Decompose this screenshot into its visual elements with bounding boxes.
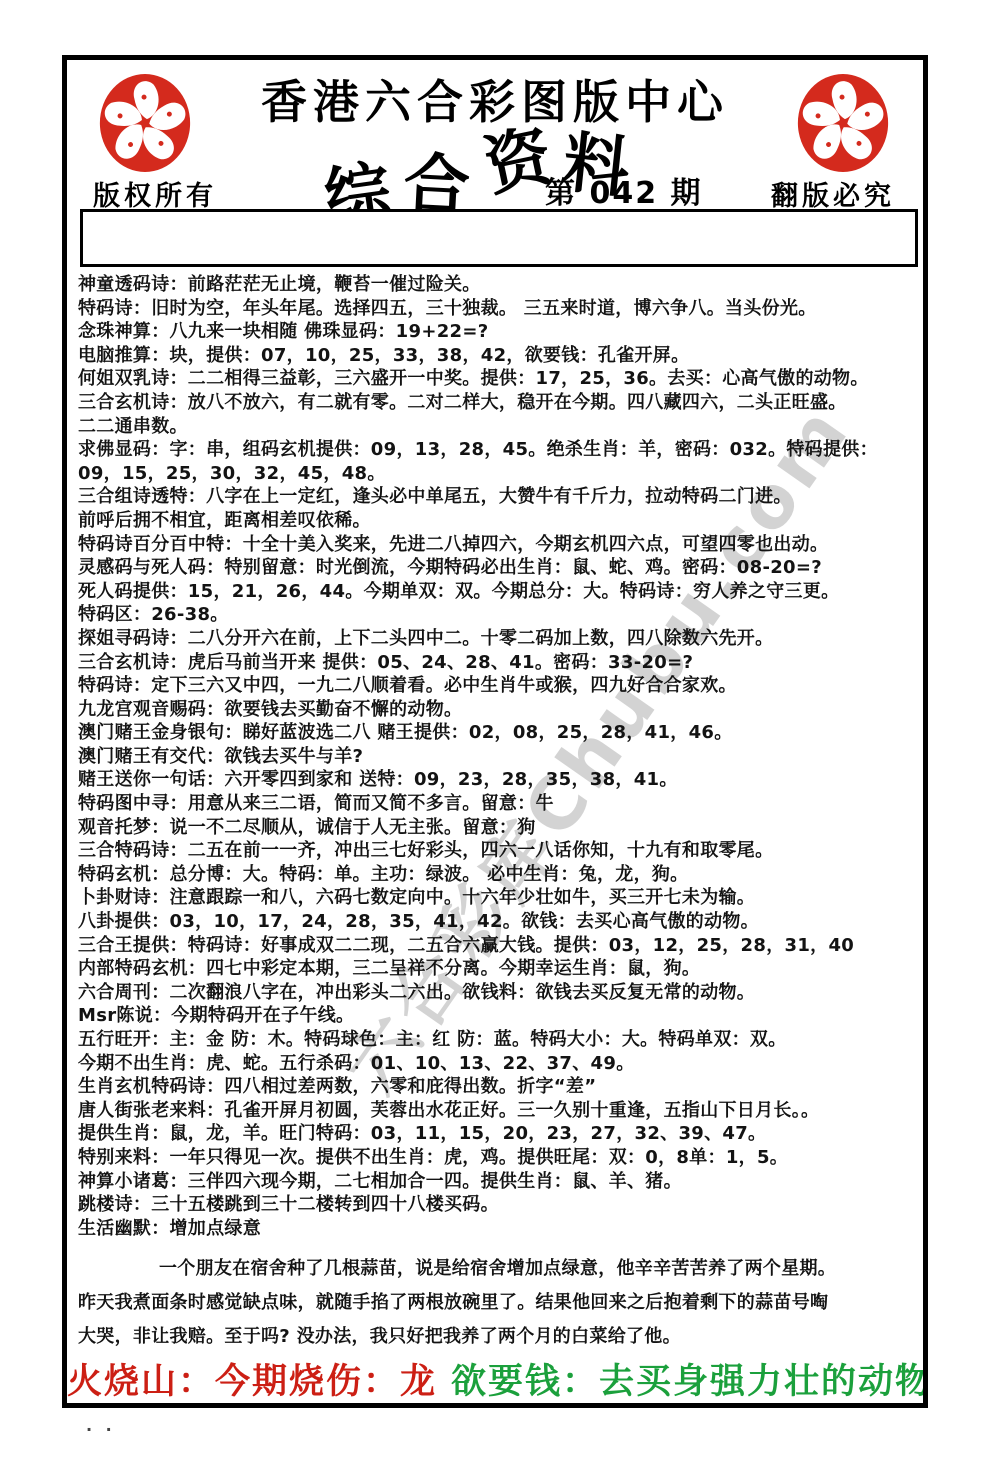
text-line: 三合玄机诗：放八不放六，有二就有零。二对二样大，稳开在今期。四八藏四六，二头正旺… xyxy=(78,391,924,415)
text-line: 二二通串数。 xyxy=(78,415,924,439)
text-line: 卜卦财诗：注意跟踪一和八，六码七数定向中。十六年少壮如牛，买三开七未为输。 xyxy=(78,886,924,910)
page-marks: · · xyxy=(86,1420,116,1439)
text-line: 今期不出生肖：虎、蛇。五行杀码：01、10、13、22、37、49。 xyxy=(78,1052,924,1076)
text-line: 特码诗百分百中特：十全十美入奖来，先进二八掉四六，今期玄机四六点，可望四零也出动… xyxy=(78,533,924,557)
text-line: 何姐双乳诗：二二相得三益彰，三六盛开一中奖。提供：17，25，36。去买：心高气… xyxy=(78,367,924,391)
empty-result-box xyxy=(80,209,918,267)
text-line: 三合特码诗：二五在前一一齐，冲出三七好彩头，四六一八话你知，十九有和取零尾。 xyxy=(78,839,924,863)
footer-highlight-line: 火烧山：今期烧伤：龙欲要钱：去买身强力壮的动物 xyxy=(67,1354,923,1404)
text-line: 电脑推算：块，提供：07，10，25，33，38，42，欲要钱：孔雀开屏。 xyxy=(78,344,924,368)
page-frame: 六合彩库Chubu.com xyxy=(62,55,928,1408)
text-line: 前呼后拥不相宜，距离相差叹依稀。 xyxy=(78,509,924,533)
text-line: 生肖玄机特码诗：四八相过差两数，六零和庇得出数。折字“差” xyxy=(78,1075,924,1099)
footer-green: 欲要钱：去买身强力壮的动物 xyxy=(451,1362,928,1402)
text-line: 特码诗：定下三六又中四，一九二八顺着看。必中生肖牛或猴，四九好合合家欢。 xyxy=(78,674,924,698)
text-line: 特码玄机：总分博：大。特码：单。主功：绿波。 必中生肖：兔，龙，狗。 xyxy=(78,863,924,887)
humor-line: 昨天我煮面条时感觉缺点味，就随手掐了两根放碗里了。结果他回来之后抱着剩下的蒜苗号… xyxy=(78,1286,924,1320)
text-line: 三合王提供：特码诗：好事成双二二现，二五合六赢大钱。提供：03，12，25，28… xyxy=(78,934,924,958)
text-line: 赌王送你一句话：六开零四到家和 送特：09，23，28，35，38，41。 xyxy=(78,768,924,792)
text-line: 灵感码与死人码：特别留意：时光倒流，今期特码必出生肖：鼠、蛇、鸡。密码：08-2… xyxy=(78,556,924,580)
text-line: 九龙宫观音赐码：欲要钱去买勤奋不懈的动物。 xyxy=(78,698,924,722)
text-line: 09，15，25，30，32，45，48。 xyxy=(78,462,924,486)
text-line: 内部特码玄机：四七中彩定本期，三二呈祥不分离。今期幸运生肖：鼠，狗。 xyxy=(78,957,924,981)
text-line: 跳楼诗：三十五楼跳到三十二楼转到四十八楼买码。 xyxy=(78,1193,924,1217)
text-line: 特别来料：一年只得见一次。提供不出生肖：虎，鸡。提供旺尾：双：0，8单：1，5。 xyxy=(78,1146,924,1170)
text-line: 念珠神算：八九来一块相随 佛珠显码：19+22=? xyxy=(78,320,924,344)
text-line: Msr陈说：今期特码开在子午线。 xyxy=(78,1004,924,1028)
text-line: 唐人街张老来料：孔雀开屏月初圆，芙蓉出水花正好。三一久别十重逢，五指山下日月长。… xyxy=(78,1099,924,1123)
page-header: 香港六合彩图版中心 综合资料 第 042 期 版权所有 翻版必究 xyxy=(67,60,923,208)
text-line: 特码区：26-38。 xyxy=(78,603,924,627)
humor-line: 一个朋友在宿舍种了几根蒜苗，说是给宿舍增加点绿意，他辛辛苦苦养了两个星期。 xyxy=(78,1252,924,1286)
text-line: 六合周刊：二次翻浪八字在，冲出彩头二六出。欲钱料：欲钱去买反复无常的动物。 xyxy=(78,981,924,1005)
text-line: 特码图中寻：用意从来三二语，简而又简不多言。留意：牛 xyxy=(78,792,924,816)
text-line: 特码诗：旧时为空，年头年尾。选择四五，三十独裁。 三五来时道，博六争八。当头份光… xyxy=(78,297,924,321)
footer-red: 火烧山：今期烧伤：龙 xyxy=(67,1362,437,1402)
text-line: 澳门赌王金身银句：睇好蓝波选二八 赌王提供：02，08，25，28，41，46。 xyxy=(78,721,924,745)
text-line: 死人码提供：15，21，26，44。今期单双：双。今期总分：大。特码诗：穷人养之… xyxy=(78,580,924,604)
text-line: 三合玄机诗：虎后马前当开来 提供：05、24、28、41。密码：33-20=? xyxy=(78,651,924,675)
humor-line: 大哭，非让我赔。至于吗? 没办法，我只好把我养了两个月的白菜给了他。 xyxy=(78,1320,924,1354)
text-line: 提供生肖：鼠，龙，羊。旺门特码：03，11，15，20，23，27，32、39、… xyxy=(78,1122,924,1146)
tip-lines-section: 神童透码诗：前路茫茫无止境，鞭苔一催过险关。特码诗：旧时为空，年头年尾。选择四五… xyxy=(78,273,924,1240)
text-line: 五行旺开：主：金 防：木。特码球色：主：红 防：蓝。特码大小：大。特码单双：双。 xyxy=(78,1028,924,1052)
text-line: 生活幽默：增加点绿意 xyxy=(78,1217,924,1241)
text-line: 神童透码诗：前路茫茫无止境，鞭苔一催过险关。 xyxy=(78,273,924,297)
text-line: 神算小诸葛：三伴四六现今期，二七相加合一四。提供生肖：鼠、羊、猪。 xyxy=(78,1170,924,1194)
text-line: 探姐寻码诗：二八分开六在前，上下二头四中二。十零二码加上数，四八除数六先开。 xyxy=(78,627,924,651)
humor-section: 一个朋友在宿舍种了几根蒜苗，说是给宿舍增加点绿意，他辛辛苦苦养了两个星期。昨天我… xyxy=(78,1252,924,1354)
issue-number: 第 042 期 xyxy=(545,168,703,212)
copyright-stamp: 版权所有 xyxy=(93,174,217,213)
text-line: 八卦提供：03，10，17，24，28，35，41，42。欲钱：去买心高气傲的动… xyxy=(78,910,924,934)
text-line: 澳门赌王有交代：欲钱去买牛与羊? xyxy=(78,745,924,769)
text-line: 求佛显码：字：串，组码玄机提供：09，13，28，45。绝杀生肖：羊，密码：03… xyxy=(78,438,924,462)
text-line: 三合组诗透特：八字在上一定红，逢头必中单尾五，大赞牛有千斤力，拉动特码二门进。 xyxy=(78,485,924,509)
anti-piracy-stamp: 翻版必究 xyxy=(771,174,895,213)
text-line: 观音托梦：说一不二尽顺从，诚信于人无主张。留意：狗 xyxy=(78,816,924,840)
